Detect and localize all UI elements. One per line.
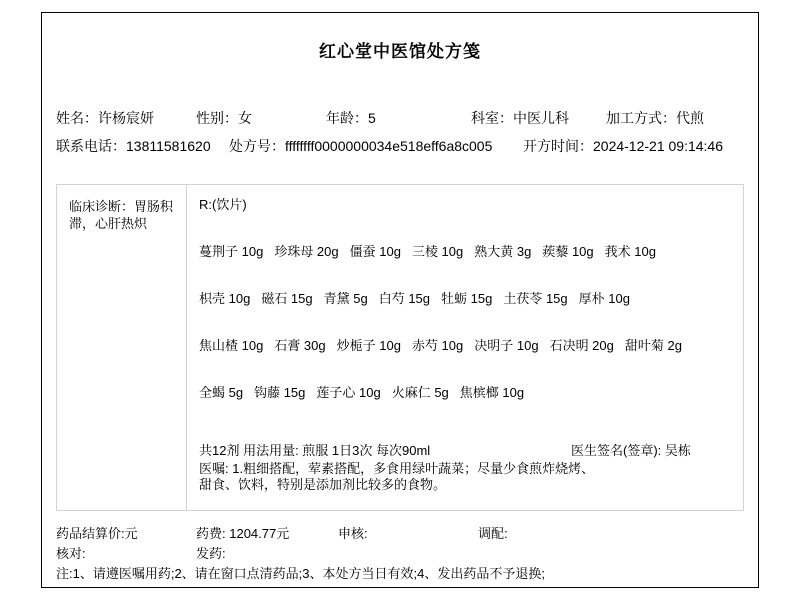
usage-text: 共12剂 用法用量: 煎服 1日3次 每次90ml — [199, 443, 430, 458]
doctor-advice: 医嘱: 1.粗细搭配，荤素搭配，多食用绿叶蔬菜；尽量少食煎炸烧烤、甜食、饮料，特… — [199, 461, 597, 493]
herb-item: 莲子心 10g — [316, 385, 380, 400]
herb-item: 钩藤 15g — [254, 385, 305, 400]
doctor-signature-label: 医生签名(签章): — [571, 443, 665, 458]
herb-item: 白芍 15g — [379, 291, 430, 306]
issue-field: 发药: — [196, 543, 226, 562]
herb-item: 三棱 10g — [412, 244, 463, 259]
herb-item: 僵蚕 10g — [350, 244, 401, 259]
prescription-sheet: 红心堂中医馆处方笺 姓名：许杨宸妍 性别：女 年龄：5 科室：中医儿科 加工方式… — [41, 12, 759, 588]
rx-header: R:(饮片) — [199, 198, 733, 212]
doctor-signature-value: 吴栋 — [665, 443, 691, 458]
prescription-number-value: ffffffff0000000034e518eff6a8c005 — [285, 138, 492, 154]
herb-item: 莪术 10g — [605, 244, 656, 259]
herb-line: 全蝎 5g钩藤 15g莲子心 10g火麻仁 5g焦槟榔 10g — [199, 386, 733, 400]
patient-gender-value: 女 — [238, 110, 252, 126]
herb-item: 蔓荆子 10g — [199, 244, 263, 259]
herb-item: 炒栀子 10g — [337, 338, 401, 353]
prescription-number-label: 处方号： — [229, 138, 285, 154]
processing-method-field: 加工方式：代煎 — [606, 108, 704, 128]
department-field: 科室：中医儿科 — [471, 108, 569, 128]
herb-item: 厚朴 10g — [579, 291, 630, 306]
phone-field: 联系电话：13811581620 — [56, 136, 211, 156]
doctor-signature: 医生签名(签章): 吴栋 — [571, 444, 691, 458]
review-field: 申核: — [338, 523, 368, 542]
prescription-table: 临床诊断：胃肠积滞，心肝热炽 R:(饮片) 蔓荆子 10g珍珠母 20g僵蚕 1… — [56, 184, 744, 511]
diagnosis-label: 临床诊断： — [69, 199, 134, 214]
herb-line: 焦山楂 10g石膏 30g炒栀子 10g赤芍 10g决明子 10g石决明 20g… — [199, 339, 733, 353]
herb-line: 枳壳 10g磁石 15g青黛 5g白芍 15g牡蛎 15g土茯苓 15g厚朴 1… — [199, 292, 733, 306]
settlement-price-value: 元 — [125, 526, 138, 541]
page-title: 红心堂中医馆处方笺 — [42, 37, 758, 62]
phone-value: 13811581620 — [126, 138, 211, 154]
footer-row-1: 药品结算价:元 药费: 1204.77元 申核: 调配: — [42, 523, 758, 541]
herb-item: 焦槟榔 10g — [460, 385, 524, 400]
check-label: 核对: — [56, 546, 86, 561]
herb-item: 牡蛎 15g — [441, 291, 492, 306]
herb-item: 熟大黄 3g — [474, 244, 531, 259]
settlement-price-label: 药品结算价: — [56, 526, 125, 541]
prescription-time-field: 开方时间：2024-12-21 09:14:46 — [523, 136, 723, 156]
prescription-time-value: 2024-12-21 09:14:46 — [593, 138, 723, 154]
patient-age-label: 年龄： — [326, 110, 368, 126]
patient-age-field: 年龄：5 — [326, 108, 376, 128]
herb-item: 石膏 30g — [274, 338, 325, 353]
prescription-number-field: 处方号：ffffffff0000000034e518eff6a8c005 — [229, 136, 492, 156]
patient-gender-label: 性别： — [196, 110, 238, 126]
drug-fee-label: 药费: — [196, 526, 229, 541]
department-label: 科室： — [471, 110, 513, 126]
footer-row-2: 核对: 发药: — [42, 543, 758, 561]
prescription-cell: R:(饮片) 蔓荆子 10g珍珠母 20g僵蚕 10g三棱 10g熟大黄 3g蒺… — [187, 185, 743, 510]
herb-item: 土茯苓 15g — [503, 291, 567, 306]
processing-method-value: 代煎 — [676, 110, 704, 126]
patient-name-label: 姓名： — [56, 110, 98, 126]
drug-fee-field: 药费: 1204.77元 — [196, 523, 289, 542]
footer-note: 注:1、请遵医嘱用药;2、请在窗口点清药品;3、本处方当日有效;4、发出药品不予… — [56, 563, 545, 582]
patient-age-value: 5 — [368, 110, 376, 126]
herb-item: 青黛 5g — [324, 291, 368, 306]
review-label: 申核: — [338, 526, 368, 541]
herb-item: 甜叶菊 2g — [625, 338, 682, 353]
herb-item: 石决明 20g — [550, 338, 614, 353]
patient-info-row-2: 联系电话：13811581620 处方号：ffffffff0000000034e… — [42, 136, 758, 154]
herb-item: 决明子 10g — [474, 338, 538, 353]
drug-fee-value: 1204.77元 — [229, 526, 289, 541]
usage-row: 共12剂 用法用量: 煎服 1日3次 每次90ml 医生签名(签章): 吴栋 — [199, 444, 733, 458]
dispense-field: 调配: — [478, 523, 508, 542]
phone-label: 联系电话： — [56, 138, 126, 154]
herb-item: 焦山楂 10g — [199, 338, 263, 353]
check-field: 核对: — [56, 543, 86, 562]
processing-method-label: 加工方式： — [606, 110, 676, 126]
prescription-time-label: 开方时间： — [523, 138, 593, 154]
herb-line: 蔓荆子 10g珍珠母 20g僵蚕 10g三棱 10g熟大黄 3g蒺藜 10g莪术… — [199, 245, 733, 259]
herb-lines: 蔓荆子 10g珍珠母 20g僵蚕 10g三棱 10g熟大黄 3g蒺藜 10g莪术… — [199, 245, 733, 400]
herb-item: 火麻仁 5g — [392, 385, 449, 400]
herb-item: 赤芍 10g — [412, 338, 463, 353]
herb-item: 全蝎 5g — [199, 385, 243, 400]
herb-item: 珍珠母 20g — [274, 244, 338, 259]
patient-info-row-1: 姓名：许杨宸妍 性别：女 年龄：5 科室：中医儿科 加工方式：代煎 — [42, 108, 758, 126]
issue-label: 发药: — [196, 546, 226, 561]
herb-item: 蒺藜 10g — [542, 244, 593, 259]
patient-name-field: 姓名：许杨宸妍 — [56, 108, 154, 128]
department-value: 中医儿科 — [513, 110, 569, 126]
herb-item: 枳壳 10g — [199, 291, 250, 306]
settlement-price-field: 药品结算价:元 — [56, 523, 138, 542]
herb-item: 磁石 15g — [261, 291, 312, 306]
diagnosis-cell: 临床诊断：胃肠积滞，心肝热炽 — [57, 185, 187, 510]
patient-name-value: 许杨宸妍 — [98, 110, 154, 126]
dispense-label: 调配: — [478, 526, 508, 541]
patient-gender-field: 性别：女 — [196, 108, 252, 128]
